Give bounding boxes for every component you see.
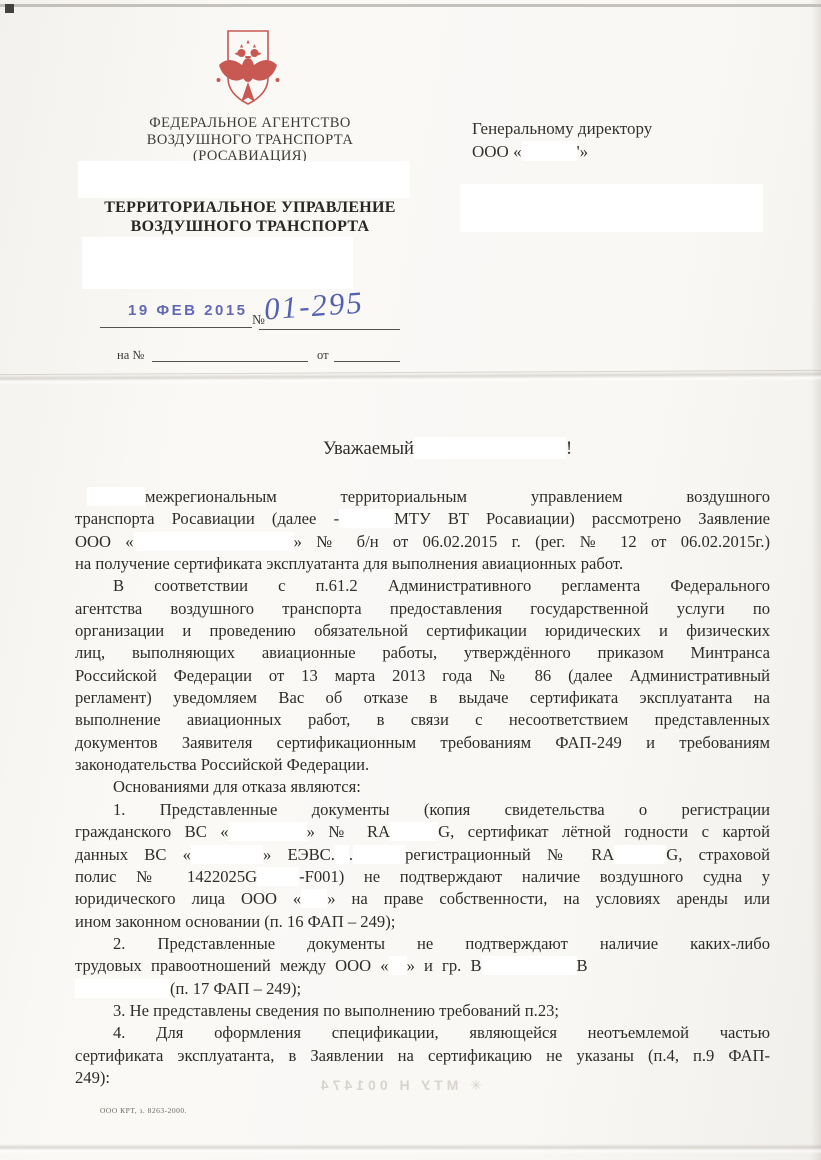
redaction-gap [614, 845, 666, 864]
addressee-line2: ООО «'» [472, 140, 652, 163]
addressee-company-prefix: ООО « [472, 142, 522, 161]
redaction-gap [389, 956, 407, 975]
redaction-salutation-name [414, 437, 566, 459]
redaction-box-under-title [82, 237, 353, 289]
indent-spacer [75, 1037, 113, 1038]
agency-name-block: ФЕДЕРАЛЬНОЕ АГЕНТСТВО ВОЗДУШНОГО ТРАНСПО… [60, 115, 440, 165]
body-line: регламент) уведомляем Вас об отказе в вы… [75, 687, 770, 709]
body-line: ином законном основании (п. 16 ФАП – 249… [75, 911, 770, 933]
russia-coat-of-arms-icon [204, 26, 292, 114]
redaction-gap [87, 487, 145, 506]
reference-ot-label: от [317, 348, 329, 363]
addressee-line1: Генеральному директору [472, 117, 652, 140]
number-sign-label: № [252, 312, 265, 328]
indent-spacer [75, 590, 113, 591]
reference-na-label: на № [117, 348, 144, 363]
body-line: гражданского ВС «» № RAG, сертификат лёт… [75, 821, 770, 843]
body-line: сертификата эксплуатанта, в Заявлении на… [75, 1045, 770, 1067]
body-line: В соответствии с п.61.2 Административног… [75, 575, 770, 597]
body-line: данных ВС «» ЕЭВС..регистрационный № RAG… [75, 844, 770, 866]
body-line: на получение сертификата эксплуатанта дл… [75, 553, 770, 575]
redaction-box-addressee [460, 184, 763, 232]
body-line: 3. Не представлены сведения по выполнени… [75, 1000, 770, 1022]
body-line: межрегиональным территориальным управлен… [75, 486, 770, 508]
scan-right-shadow [811, 0, 821, 1160]
redaction-gap [75, 979, 170, 998]
indent-spacer [75, 948, 113, 949]
body-text: межрегиональным территориальным управлен… [75, 486, 770, 1089]
redaction-gap [339, 509, 394, 528]
redaction-gap [482, 956, 577, 975]
redaction-gap [301, 889, 327, 908]
indent-spacer [75, 791, 113, 792]
body-line: 4. Для оформления спецификации, являющей… [75, 1022, 770, 1044]
territorial-line1: ТЕРРИТОРИАЛЬНОЕ УПРАВЛЕНИЕ [60, 199, 440, 218]
body-line: трудовых правоотношений между ООО «» и г… [75, 955, 770, 977]
reference-ot-underline [334, 361, 400, 362]
scan-edge-strip [0, 4, 821, 7]
salutation-prefix: Уважаемый [323, 439, 414, 459]
paper-bottom-crease [0, 1144, 821, 1154]
body-line: организации и проведению обязательной се… [75, 620, 770, 642]
agency-line2: ВОЗДУШНОГО ТРАНСПОРТА [60, 132, 440, 149]
addressee-company-suffix: '» [577, 142, 589, 161]
body-line: Российской Федерации от 13 марта 2013 го… [75, 665, 770, 687]
reference-na-underline [152, 361, 308, 362]
number-underline [259, 329, 400, 330]
redaction-gap [390, 822, 438, 841]
body-line: законодательства Российской Федерации. [75, 754, 770, 776]
body-line: выполнение авиационных работ, в связи с … [75, 709, 770, 731]
salutation-line: Уважаемый! [323, 437, 572, 460]
addressee-block: Генеральному директору ООО «'» [472, 117, 652, 163]
date-stamp: 19 ФЕВ 2015 [128, 302, 248, 319]
redaction-gap [134, 532, 294, 551]
redaction-gap [191, 845, 263, 864]
agency-line1: ФЕДЕРАЛЬНОЕ АГЕНТСТВО [60, 115, 440, 132]
redaction-company-name [522, 141, 577, 161]
date-underline [100, 327, 252, 328]
body-line: лиц, выполняющих авиационные работы, утв… [75, 642, 770, 664]
body-line: юридического лица ООО «» на праве собств… [75, 888, 770, 910]
territorial-title-block: ТЕРРИТОРИАЛЬНОЕ УПРАВЛЕНИЕ ВОЗДУШНОГО ТР… [60, 199, 440, 236]
redaction-gap [229, 822, 307, 841]
body-line: полис № 1422025G-F001) не подтверждают н… [75, 866, 770, 888]
print-shop-code: ООО КРТ, з. 8263-2000. [100, 1106, 187, 1115]
paper-fold-crease [0, 370, 821, 385]
territorial-line2: ВОЗДУШНОГО ТРАНСПОРТА [60, 218, 440, 237]
body-line: (п. 17 ФАП – 249); [75, 978, 770, 1000]
indent-spacer [75, 814, 113, 815]
indent-spacer [75, 1015, 113, 1016]
scan-corner-mark [5, 4, 14, 13]
redaction-gap [353, 845, 405, 864]
salutation-suffix: ! [566, 439, 572, 459]
redaction-box-header-left [78, 161, 410, 198]
body-line: 2. Представленные документы не подтвержд… [75, 933, 770, 955]
redaction-gap [335, 845, 349, 864]
body-line: агентства воздушного транспорта предоста… [75, 598, 770, 620]
scanned-letter-page: ФЕДЕРАЛЬНОЕ АГЕНТСТВО ВОЗДУШНОГО ТРАНСПО… [0, 0, 821, 1160]
bleed-through-stamp: ✳ МТУ Н 001474 [252, 1077, 482, 1094]
handwritten-outgoing-number: 01-295 [263, 285, 365, 328]
body-line: Основаниями для отказа являются: [75, 776, 770, 798]
body-line: транспорта Росавиации (далее -МТУ ВТ Рос… [75, 508, 770, 530]
body-line: 1. Представленные документы (копия свиде… [75, 799, 770, 821]
redaction-gap [257, 867, 299, 886]
body-line: ООО «» № б/н от 06.02.2015 г. (рег. № 12… [75, 531, 770, 553]
indent-spacer [75, 501, 87, 502]
body-line: документов Заявителя сертификационным тр… [75, 732, 770, 754]
